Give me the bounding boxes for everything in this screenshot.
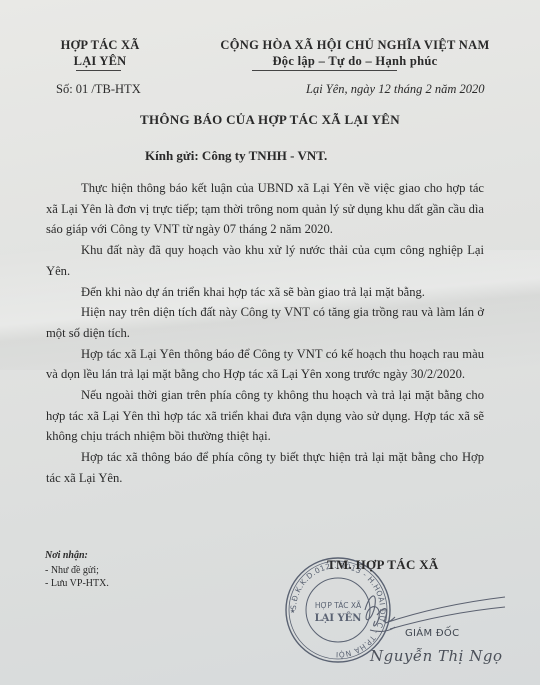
body-paragraph: Hiện nay trên diện tích đất này Công ty … bbox=[46, 302, 484, 343]
body-paragraph: Nếu ngoài thời gian trên phía công ty kh… bbox=[46, 385, 484, 447]
body-paragraph: Hợp tác xã Lại Yên thông báo để Công ty … bbox=[46, 344, 484, 385]
recipients-heading: Nơi nhận: bbox=[45, 550, 88, 561]
national-motto-underline bbox=[252, 70, 397, 71]
body-paragraph: Đến khi nào dự án triển khai hợp tác xã … bbox=[46, 282, 484, 303]
national-title: CỘNG HÒA XÃ HỘI CHỦ NGHĨA VIỆT NAM bbox=[195, 38, 515, 53]
signatory-name: Nguyễn Thị Ngọ bbox=[370, 647, 503, 665]
body-paragraph: Thực hiện thông báo kết luận của UBND xã… bbox=[46, 178, 484, 240]
signatory-title: TM. HỢP TÁC XÃ bbox=[327, 557, 439, 573]
signatory-role: GIÁM ĐỐC bbox=[405, 628, 459, 639]
document-body: Thực hiện thông báo kết luận của UBND xã… bbox=[46, 178, 484, 489]
recipient-line: Kính gửi: Công ty TNHH - VNT. bbox=[145, 148, 327, 164]
svg-text:★: ★ bbox=[290, 608, 295, 615]
place-and-date: Lại Yên, ngày 12 tháng 2 năm 2020 bbox=[306, 82, 484, 97]
document-number: Số: 01 /TB-HTX bbox=[56, 82, 141, 97]
organization-name-line2: LẠI YÊN bbox=[40, 54, 160, 69]
document-title: THÔNG BÁO CỦA HỢP TÁC XÃ LẠI YÊN bbox=[0, 112, 540, 128]
organization-name: HỢP TÁC XÃ bbox=[40, 38, 160, 53]
recipients-item: - Như đề gửi; bbox=[45, 565, 99, 576]
body-paragraph: Hợp tác xã thông báo để phía công ty biế… bbox=[46, 447, 484, 488]
recipients-item: - Lưu VP-HTX. bbox=[45, 578, 109, 589]
body-paragraph: Khu đất này đã quy hoạch vào khu xử lý n… bbox=[46, 240, 484, 281]
national-motto: Độc lập – Tự do – Hạnh phúc bbox=[195, 54, 515, 69]
organization-underline bbox=[76, 70, 121, 71]
